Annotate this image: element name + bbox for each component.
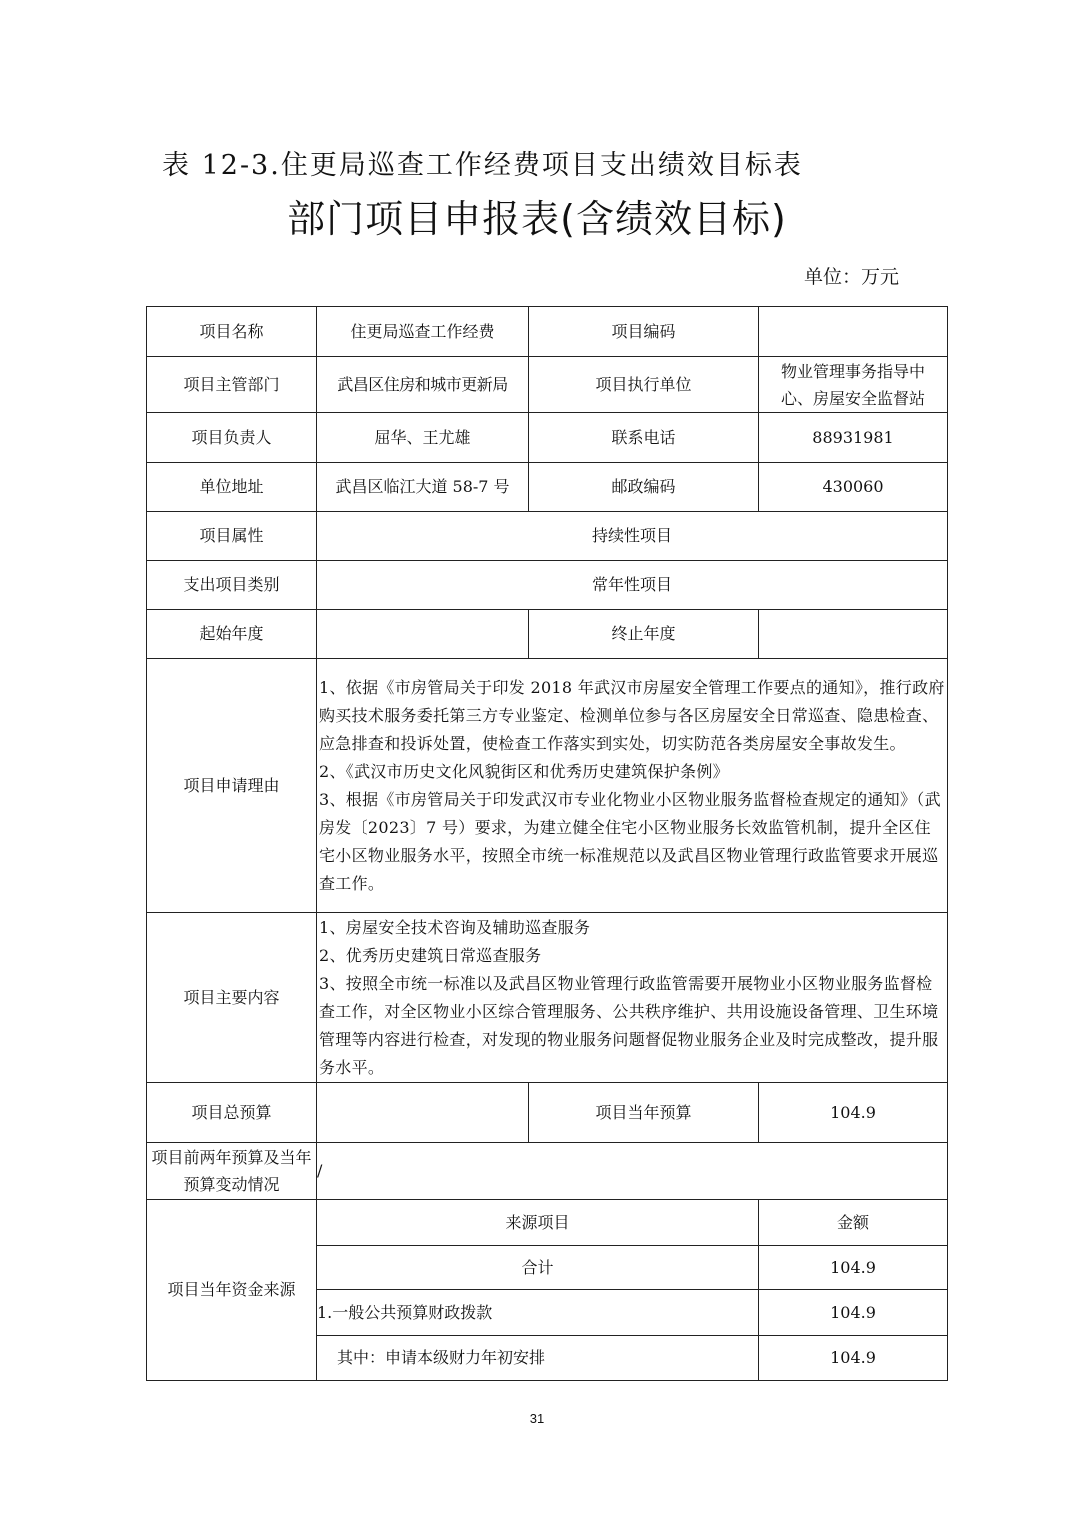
end-year-value — [759, 610, 948, 659]
project-application-table: 项目名称 住更局巡查工作经费 项目编码 项目主管部门 武昌区住房和城市更新局 项… — [146, 306, 948, 1381]
category-value: 常年性项目 — [317, 561, 948, 610]
page-title: 部门项目申报表(含绩效目标) — [0, 188, 1074, 243]
project-name-label: 项目名称 — [147, 307, 317, 357]
table-row: 起始年度 终止年度 — [147, 610, 948, 659]
reason-label: 项目申请理由 — [147, 659, 317, 913]
funding-amount: 104.9 — [759, 1336, 948, 1381]
reason-value: 1、依据《市房管局关于印发 2018 年武汉市房屋安全管理工作要点的通知》，推行… — [317, 659, 948, 913]
table-row: 项目名称 住更局巡查工作经费 项目编码 — [147, 307, 948, 357]
table-row: 项目申请理由 1、依据《市房管局关于印发 2018 年武汉市房屋安全管理工作要点… — [147, 659, 948, 913]
table-caption: 表 12-3.住更局巡查工作经费项目支出绩效目标表 — [162, 143, 803, 182]
exec-unit-value: 物业管理事务指导中心、房屋安全监督站 — [759, 357, 948, 413]
table-row: 项目总预算 项目当年预算 104.9 — [147, 1083, 948, 1143]
funding-amount: 104.9 — [759, 1246, 948, 1290]
prev-budget-label: 项目前两年预算及当年预算变动情况 — [147, 1143, 317, 1200]
exec-unit-label: 项目执行单位 — [529, 357, 759, 413]
address-value: 武昌区临江大道 58-7 号 — [317, 463, 529, 512]
year-budget-value: 104.9 — [759, 1083, 948, 1143]
funding-label: 项目当年资金来源 — [147, 1200, 317, 1381]
attribute-label: 项目属性 — [147, 512, 317, 561]
table-row: 支出项目类别 常年性项目 — [147, 561, 948, 610]
table-row: 项目前两年预算及当年预算变动情况 / — [147, 1143, 948, 1200]
content-label: 项目主要内容 — [147, 913, 317, 1083]
postcode-value: 430060 — [759, 463, 948, 512]
project-code-label: 项目编码 — [529, 307, 759, 357]
total-budget-label: 项目总预算 — [147, 1083, 317, 1143]
total-budget-value — [317, 1083, 529, 1143]
table-row: 项目属性 持续性项目 — [147, 512, 948, 561]
content-item-1: 1、房屋安全技术咨询及辅助巡查服务 — [319, 914, 947, 942]
table-row: 项目主管部门 武昌区住房和城市更新局 项目执行单位 物业管理事务指导中心、房屋安… — [147, 357, 948, 413]
prev-budget-value: / — [317, 1143, 948, 1200]
reason-item-2: 2、《武汉市历史文化风貌街区和优秀历史建筑保护条例》 — [319, 758, 947, 786]
leader-value: 屈华、王尤雄 — [317, 413, 529, 463]
funding-header-amount: 金额 — [759, 1200, 948, 1246]
page-title-text: 部门项目申报表(含绩效目标) — [287, 197, 787, 241]
leader-label: 项目负责人 — [147, 413, 317, 463]
table-row: 单位地址 武昌区临江大道 58-7 号 邮政编码 430060 — [147, 463, 948, 512]
content-item-2: 2、优秀历史建筑日常巡查服务 — [319, 942, 947, 970]
year-budget-label: 项目当年预算 — [529, 1083, 759, 1143]
table-row: 项目负责人 屈华、王尤雄 联系电话 88931981 — [147, 413, 948, 463]
attribute-value: 持续性项目 — [317, 512, 948, 561]
project-code-value — [759, 307, 948, 357]
start-year-value — [317, 610, 529, 659]
dept-value: 武昌区住房和城市更新局 — [317, 357, 529, 413]
dept-label: 项目主管部门 — [147, 357, 317, 413]
page-number: 31 — [0, 1411, 1074, 1426]
content-value: 1、房屋安全技术咨询及辅助巡查服务 2、优秀历史建筑日常巡查服务 3、按照全市统… — [317, 913, 948, 1083]
phone-value: 88931981 — [759, 413, 948, 463]
table-row: 项目主要内容 1、房屋安全技术咨询及辅助巡查服务 2、优秀历史建筑日常巡查服务 … — [147, 913, 948, 1083]
end-year-label: 终止年度 — [529, 610, 759, 659]
funding-source: 合计 — [317, 1246, 759, 1290]
reason-item-3: 3、根据《市房管局关于印发武汉市专业化物业小区物业服务监督检查规定的通知》（武房… — [319, 786, 947, 898]
category-label: 支出项目类别 — [147, 561, 317, 610]
funding-source: 1.一般公共预算财政拨款 — [317, 1290, 759, 1336]
project-name-value: 住更局巡查工作经费 — [317, 307, 529, 357]
content-item-3: 3、按照全市统一标准以及武昌区物业管理行政监管需要开展物业小区物业服务监督检查工… — [319, 970, 947, 1082]
funding-header-source: 来源项目 — [317, 1200, 759, 1246]
postcode-label: 邮政编码 — [529, 463, 759, 512]
phone-label: 联系电话 — [529, 413, 759, 463]
reason-item-1: 1、依据《市房管局关于印发 2018 年武汉市房屋安全管理工作要点的通知》，推行… — [319, 674, 947, 758]
start-year-label: 起始年度 — [147, 610, 317, 659]
unit-label: 单位：万元 — [804, 262, 899, 289]
address-label: 单位地址 — [147, 463, 317, 512]
funding-amount: 104.9 — [759, 1290, 948, 1336]
table-row: 项目当年资金来源 来源项目 金额 — [147, 1200, 948, 1246]
funding-source: 其中：申请本级财力年初安排 — [317, 1336, 759, 1381]
